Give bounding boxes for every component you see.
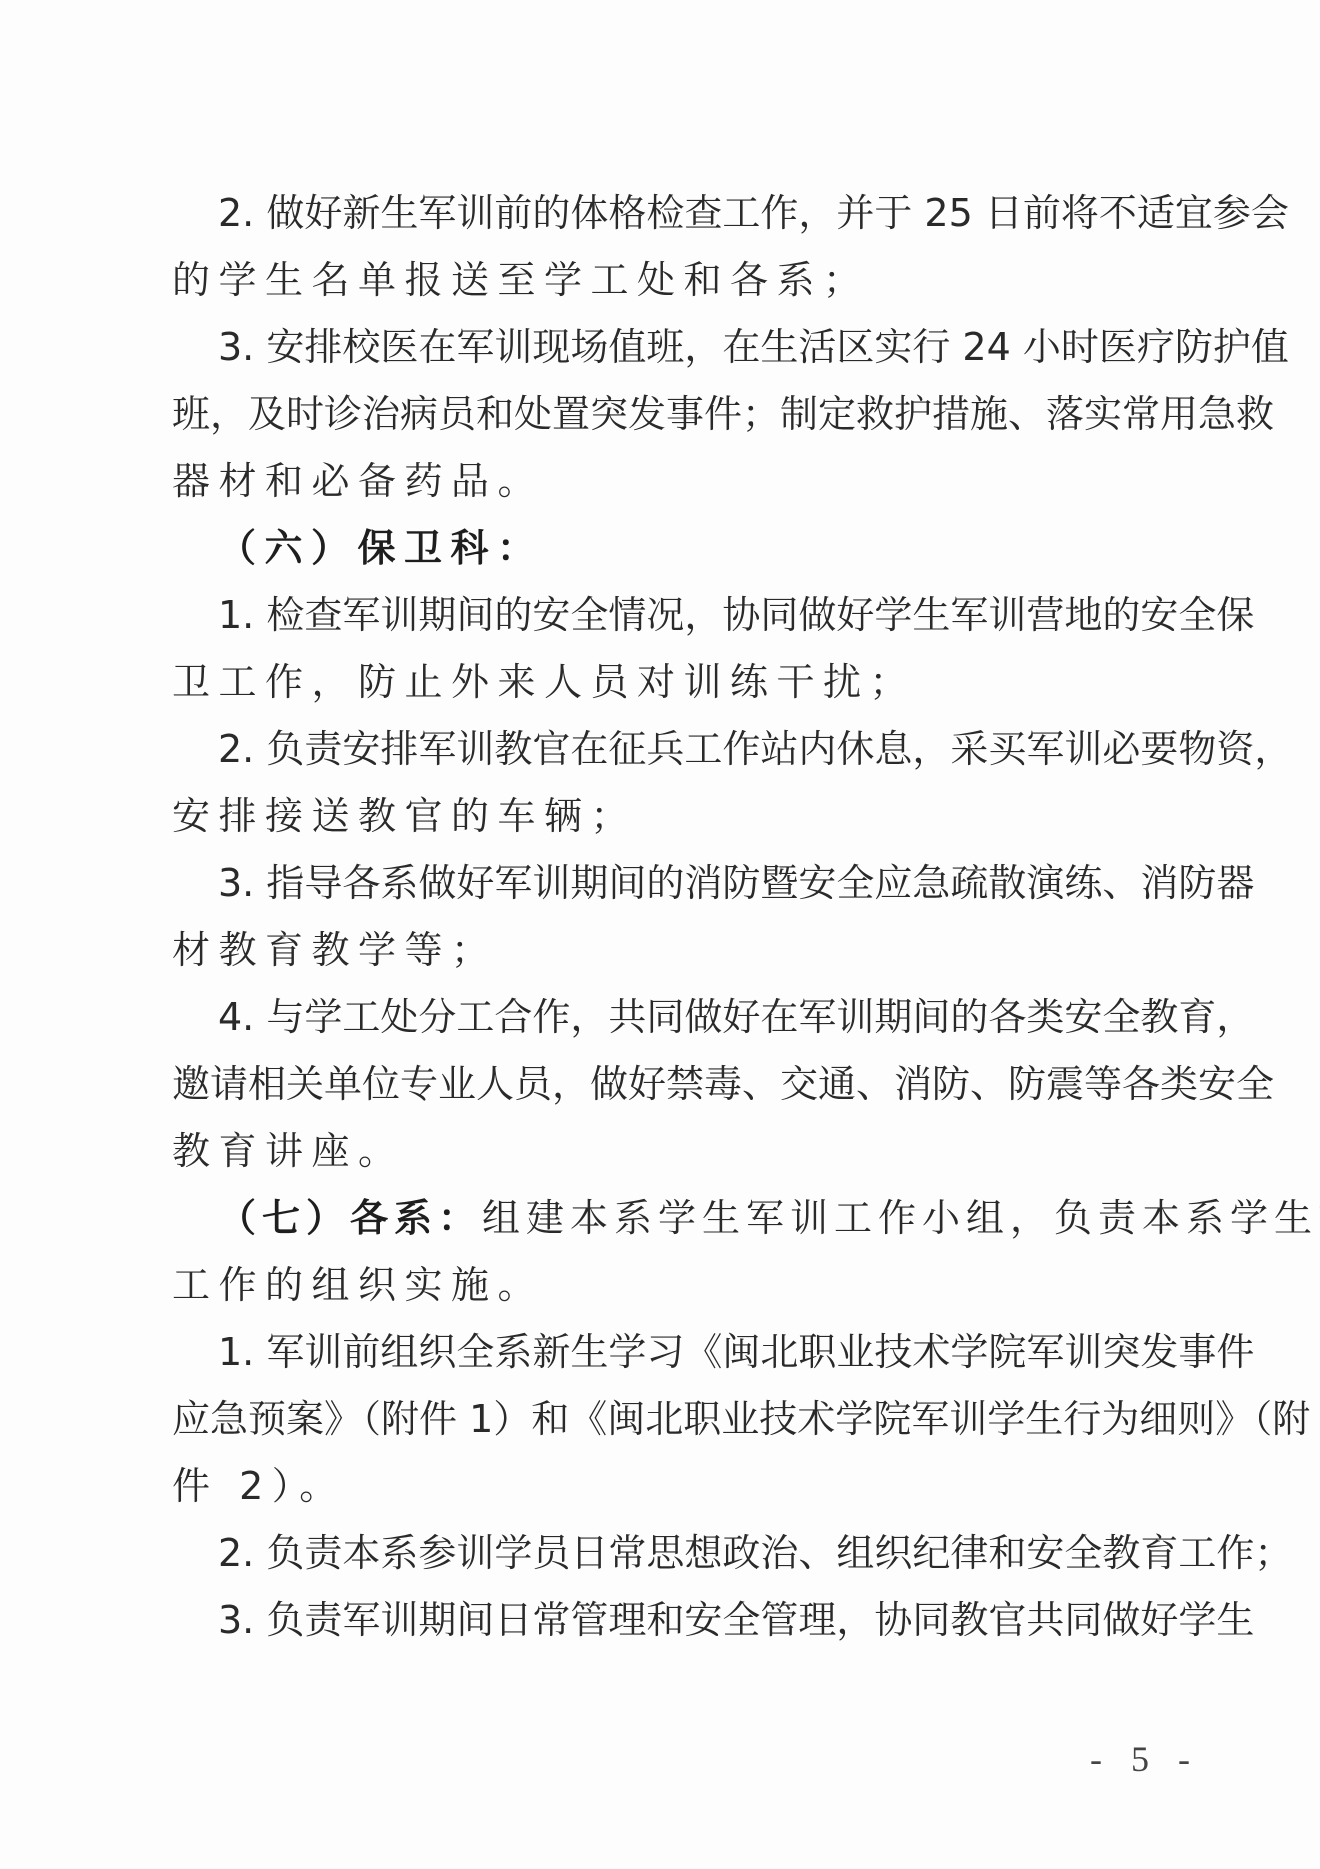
paragraph-line: 3. 负责军训期间日常管理和安全管理，协同教官共同做好学生 bbox=[218, 1597, 1162, 1643]
paragraph-line: 邀请相关单位专业人员，做好禁毒、交通、消防、防震等各类安全 bbox=[172, 1061, 1162, 1107]
paragraph-line: 工作的组织实施。 bbox=[172, 1262, 1162, 1308]
document-page: 2. 做好新生军训前的体格检查工作，并于 25 日前将不适宜参会 的学生名单报送… bbox=[0, 0, 1320, 1869]
paragraph-line: 教育讲座。 bbox=[172, 1128, 1162, 1174]
paragraph-line: 班，及时诊治病员和处置突发事件；制定救护措施、落实常用急救 bbox=[172, 391, 1162, 437]
paragraph-line: 材教育教学等； bbox=[172, 927, 1162, 973]
paragraph-line: 卫工作，防止外来人员对训练干扰； bbox=[172, 659, 1162, 705]
paragraph-line: 3. 安排校医在军训现场值班，在生活区实行 24 小时医疗防护值 bbox=[218, 324, 1162, 370]
paragraph-line: 的学生名单报送至学工处和各系； bbox=[172, 257, 1162, 303]
paragraph-line: 安排接送教官的车辆； bbox=[172, 793, 1162, 839]
paragraph-line: 器材和必备药品。 bbox=[172, 458, 1162, 504]
section-heading-security: （六）保卫科： bbox=[218, 525, 1162, 571]
paragraph-line: 2. 做好新生军训前的体格检查工作，并于 25 日前将不适宜参会 bbox=[218, 190, 1162, 236]
paragraph-line-departments: （七）各系：组建本系学生军训工作小组，负责本系学生军训 bbox=[218, 1195, 1162, 1241]
paragraph-line: 应急预案》（附件 1）和《闽北职业技术学院军训学生行为细则》（附 bbox=[172, 1396, 1162, 1442]
paragraph-line: 1. 军训前组织全系新生学习《闽北职业技术学院军训突发事件 bbox=[218, 1329, 1162, 1375]
paragraph-line: 件 2）。 bbox=[172, 1463, 1162, 1509]
paragraph-line: 4. 与学工处分工合作，共同做好在军训期间的各类安全教育， bbox=[218, 994, 1162, 1040]
paragraph-line: 1. 检查军训期间的安全情况，协同做好学生军训营地的安全保 bbox=[218, 592, 1162, 638]
page-number: - 5 - bbox=[1090, 1738, 1200, 1780]
paragraph-line: 2. 负责本系参训学员日常思想政治、组织纪律和安全教育工作； bbox=[218, 1530, 1162, 1576]
section-heading-departments: （七）各系： bbox=[218, 1196, 482, 1240]
paragraph-line: 3. 指导各系做好军训期间的消防暨安全应急疏散演练、消防器 bbox=[218, 860, 1162, 906]
paragraph-text: 组建本系学生军训工作小组，负责本系学生军训 bbox=[482, 1196, 1320, 1240]
paragraph-line: 2. 负责安排军训教官在征兵工作站内休息，采买军训必要物资， bbox=[218, 726, 1162, 772]
